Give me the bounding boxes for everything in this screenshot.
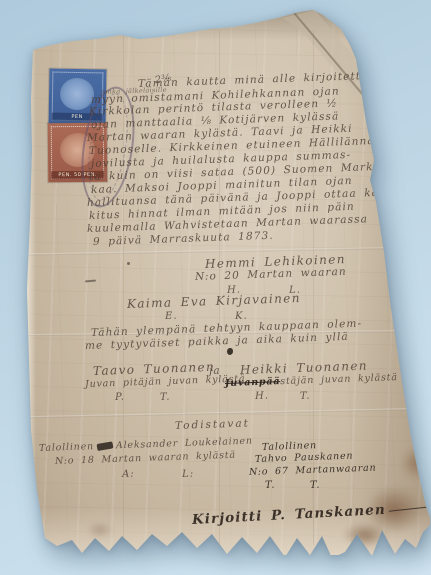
signature-flourish xyxy=(389,506,429,512)
witness-title: Talollinen xyxy=(39,441,94,454)
buyer-initial: T. xyxy=(300,391,311,402)
paper-left-edge-highlight xyxy=(27,38,36,543)
stain xyxy=(87,522,113,538)
photo-background: PEN PEN. 50 PEN. 2⅜ Tämän kautta minä al… xyxy=(0,0,431,575)
witness-left-initial: A: xyxy=(122,469,135,480)
buyer-initial: H. xyxy=(255,391,269,402)
witness-heading: Todistavat xyxy=(175,417,250,432)
crossed-out-word xyxy=(96,441,113,451)
witness-right-name: Tahvo Pauskanen xyxy=(255,451,354,465)
witness-right-title: Talollinen xyxy=(262,440,317,453)
ink-blot xyxy=(227,348,233,355)
spouse-initial: E. xyxy=(165,311,178,322)
buyer-initial: T. xyxy=(160,392,171,403)
paper-shadow: PEN PEN. 50 PEN. 2⅜ Tämän kautta minä al… xyxy=(0,0,431,575)
torn-top-edge xyxy=(27,10,430,46)
stain xyxy=(342,522,388,548)
spouse-signature: Kaima Eva Kirjavainen xyxy=(127,291,301,311)
witness-right-initial: T. xyxy=(265,480,276,491)
stray-mark xyxy=(85,280,96,283)
stray-mark xyxy=(127,262,130,265)
stain xyxy=(401,446,431,480)
witness-left-initial: L: xyxy=(182,469,195,480)
struck-word: Juvanpää xyxy=(225,376,281,389)
document-paper: PEN PEN. 50 PEN. 2⅜ Tämän kautta minä al… xyxy=(27,10,430,555)
stain xyxy=(409,300,427,326)
witness-right-initial: T. xyxy=(310,480,321,491)
buyer-initial: P. xyxy=(115,392,125,403)
spouse-initial: K. xyxy=(235,311,248,322)
